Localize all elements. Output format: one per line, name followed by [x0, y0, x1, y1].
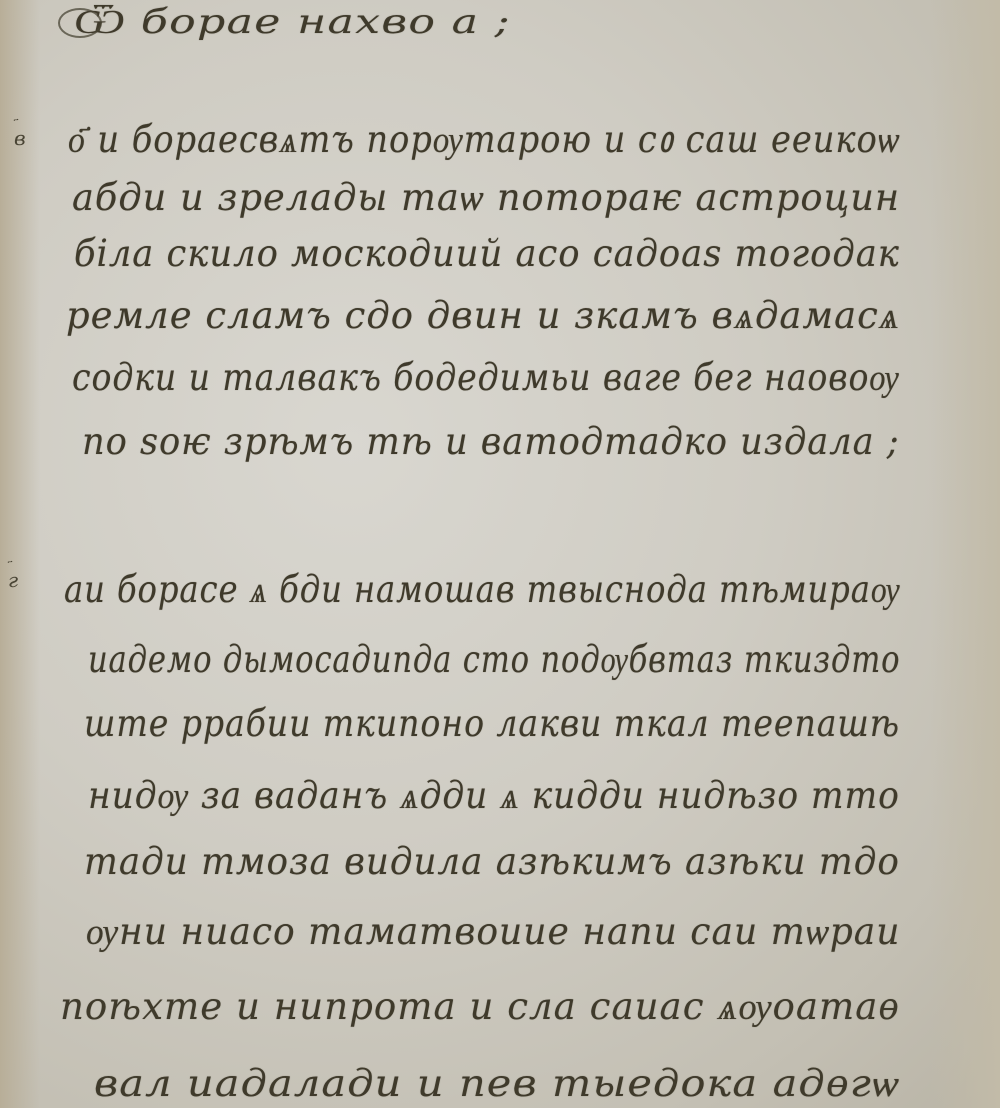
manuscript-line: иадемо дымосадипда сто подѹбвтаз ткиздто — [88, 638, 900, 682]
manuscript-line-top-fragment: Ѿ борае нахво а ; — [74, 2, 511, 42]
manuscript-line: содки и талвакъ бодедимьи ваге бег наово… — [72, 356, 900, 400]
manuscript-line: о҃ и бораесвѧтъ порѹтарою и сᲂ саш ееико… — [68, 112, 900, 163]
manuscript-line: нидѹ за ваданъ ѧдди ѧ кидди нидѣзо тто — [88, 774, 900, 818]
margin-numeral-paragraph-2: ҃ г — [8, 568, 18, 592]
manuscript-line: ѹни ниасо таматвоиие напи саи тѡраи — [86, 910, 900, 954]
page-gutter-shadow — [0, 0, 40, 1108]
manuscript-line: біла скило москодиий асо садоаѕ тогодак — [74, 232, 900, 275]
initial-flourish — [58, 8, 102, 38]
manuscript-line: вал иадалади и пев тыедока адѳгѡ — [94, 1062, 899, 1106]
margin-numeral-text: в — [14, 126, 26, 150]
manuscript-line: ште ррабии ткипоно лакви ткал теепашѣ — [84, 702, 900, 745]
manuscript-line: ремле сламъ сдо двин и зкамъ вѧдамасѧ — [66, 294, 900, 338]
margin-numeral-paragraph-1: ҃ в — [14, 126, 26, 150]
manuscript-line: тади тмоза видила азѣкимъ азѣки тдо — [84, 840, 900, 883]
manuscript-line: абди и зрелады таѡ потораѥ астроцин — [72, 176, 900, 220]
manuscript-line: аи борасе ѧ бди намошав твыснода тѣмираѹ — [64, 568, 900, 612]
page-edge-shadow — [930, 0, 1000, 1108]
manuscript-line: поѣхте и нипрота и сла саиас ѧѹоатаѳ — [60, 985, 900, 1029]
margin-numeral-text: г — [8, 568, 18, 592]
manuscript-line: по ѕоѥ зрѣмъ тѣ и ватодтадко издала ; — [82, 420, 900, 463]
